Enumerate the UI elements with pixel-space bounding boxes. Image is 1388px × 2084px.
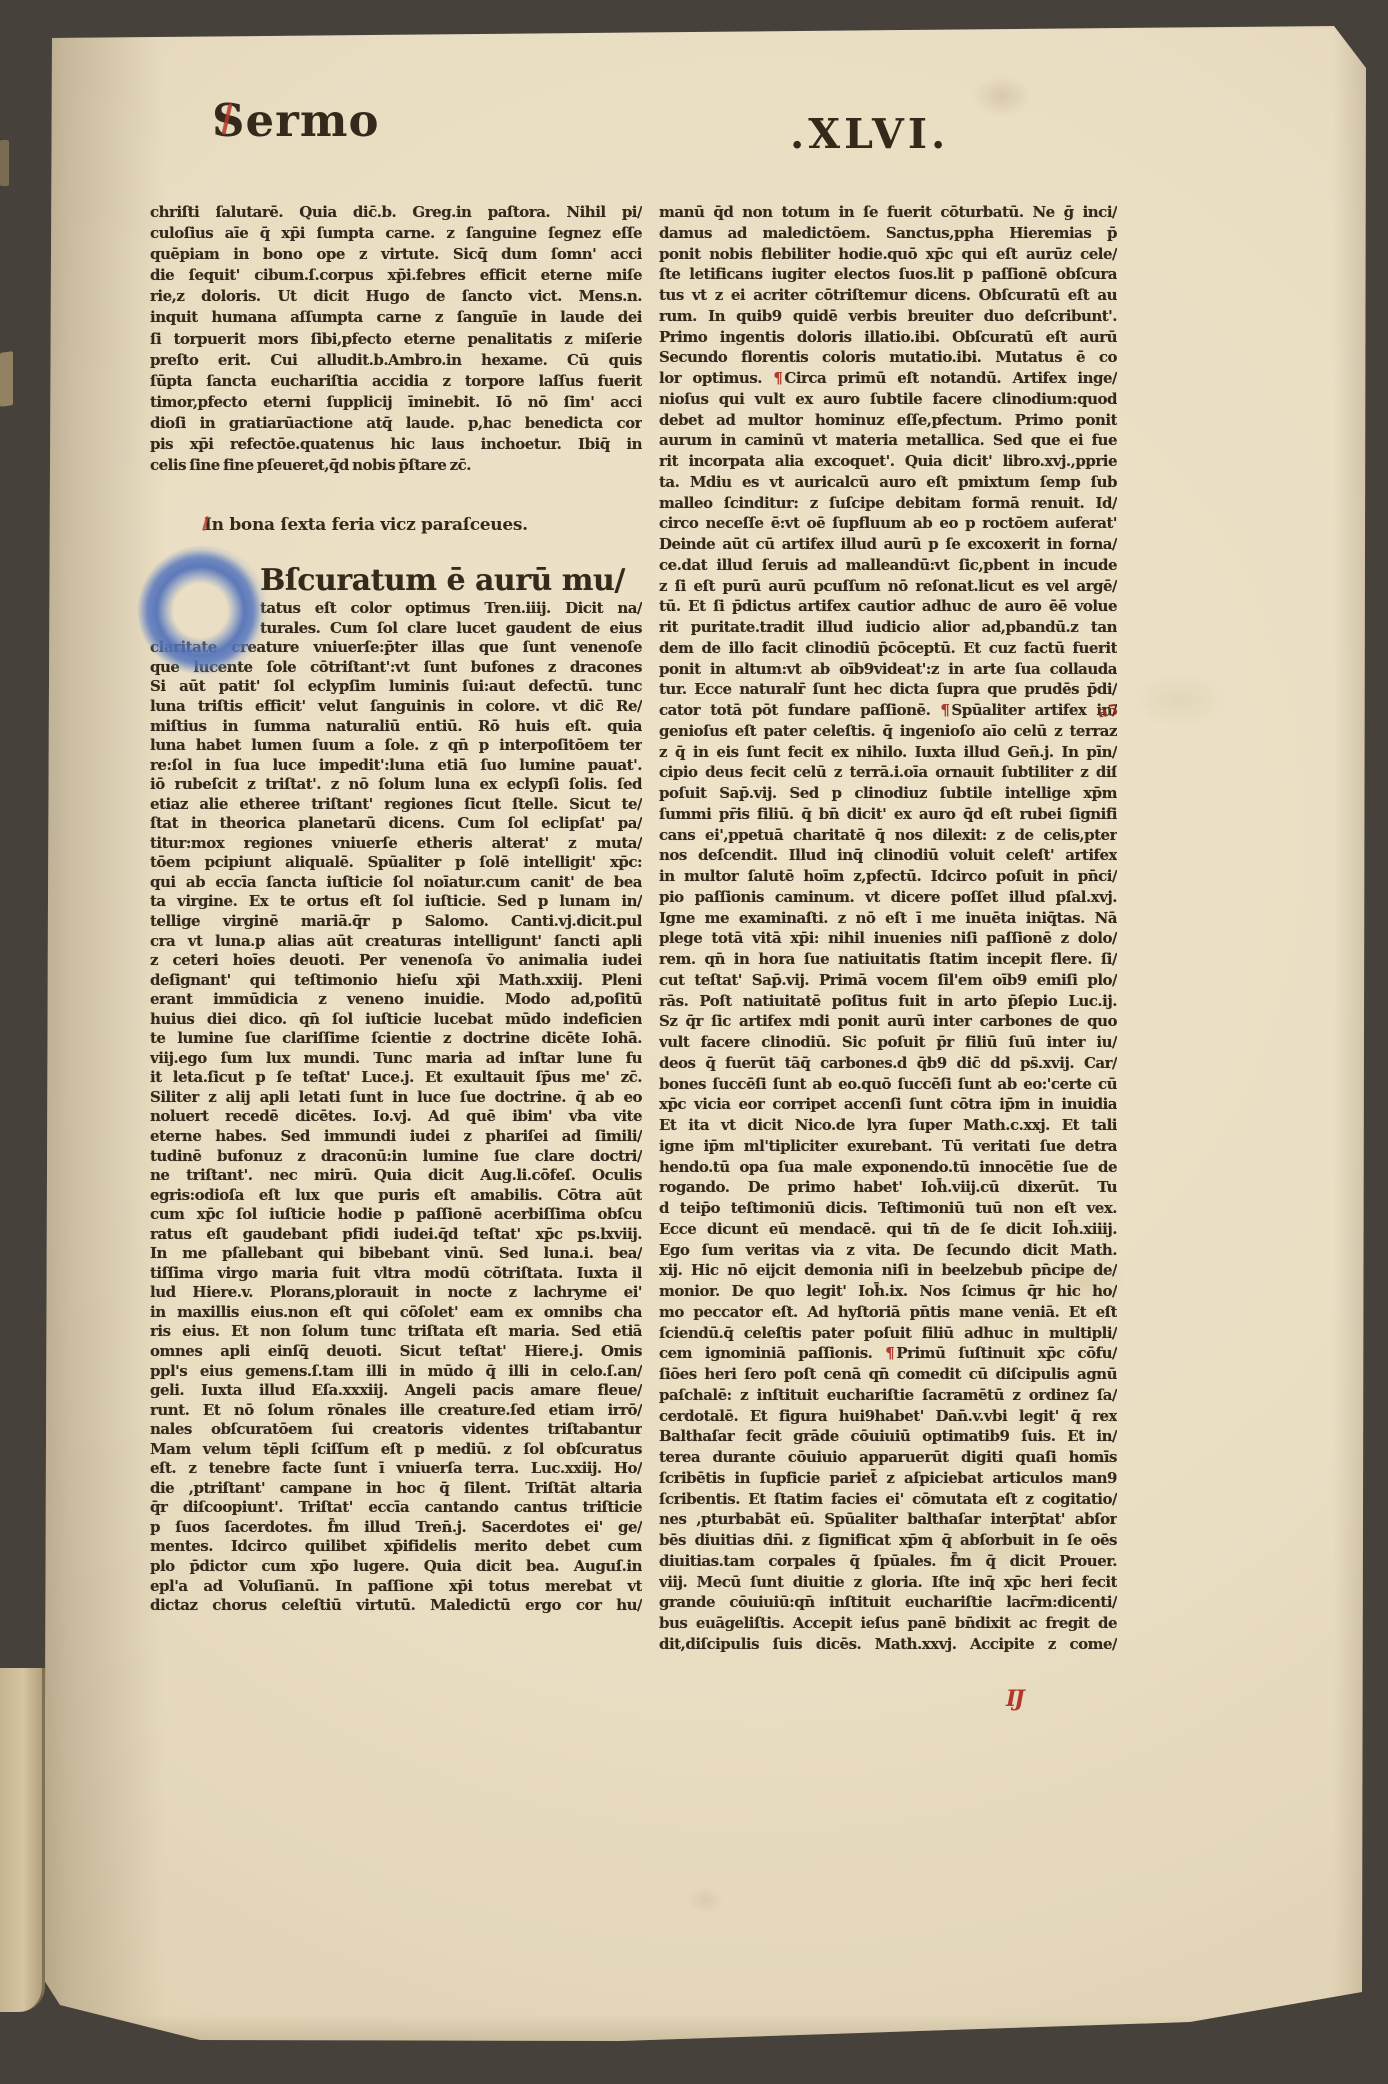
text-line: cem ignominiā paſſionis. ¶Primū ſuſtinui… [659, 1343, 1117, 1364]
text-line: ponit nobis flebiliter hodie.quō xp̄c qu… [659, 244, 1117, 265]
text-line: Primo ingentis doloris illatio.ibi. Obſc… [659, 327, 1117, 348]
text-line: Ecce dicunt eū mendacē. qui tn̄ de ſe di… [659, 1219, 1117, 1240]
text-line: chriſti ſalutarē. Quia dic̄.b. Greg.in p… [150, 202, 642, 223]
running-head-folio-number: .XLVI. [790, 110, 949, 158]
text-line: Siliter z alij apli letati ſunt in luce … [150, 1088, 642, 1108]
text-line: viij.ego ſum lux mundi. Tunc maria ad in… [150, 1049, 642, 1069]
text-line: dem de illo facit clinodiū p̄cōceptū. Et… [659, 638, 1117, 659]
left-body-lines: tatus eſt color optimus Tren.iiij. Dicit… [150, 599, 642, 1615]
text-line: z ceteri hoīes deuoti. Per venenoſa v̄o … [150, 951, 642, 971]
text-line: malleo ſcinditur: z ſuſcipe debitam form… [659, 493, 1117, 514]
text-line: z q̄ in eis ſunt fecit ex nihilo. Iuxta … [659, 742, 1117, 763]
right-text-column: manū q̄d non totum in ſe fuerit cōturbat… [659, 202, 1117, 1655]
text-line: die ſequit' cibum.ſ.corpus xp̄i.febres e… [150, 265, 642, 286]
text-line: tatus eſt color optimus Tren.iiij. Dicit… [260, 599, 642, 619]
text-line: Igne me examinaſti. z nō eſt ī me inuēta… [659, 908, 1117, 929]
text-line: ſūpta ſancta euchariſtia accidia z torpo… [150, 371, 642, 392]
text-line: igne ip̄m ml'tipliciter exurebant. Tū ve… [659, 1136, 1117, 1157]
text-line: cipio deus fecit celū z terrā.i.oīa orna… [659, 762, 1117, 783]
text-line: xp̄c vicia eor corripet accenſi ſunt cōt… [659, 1094, 1117, 1115]
text-line: te lumine ſue clariſſime ſcientie z doct… [150, 1029, 642, 1049]
text-line: huius diei dico. qn̄ ſol iuſticie luceba… [150, 1010, 642, 1030]
text-line: bēs diuitias dn̄i. z ſignificat xp̄m q̄ … [659, 1530, 1117, 1551]
text-line: bones ſuccēſi ſunt ab eo.quō ſuccēſi ſun… [659, 1074, 1117, 1095]
text-line: tur. Ecce naturalr̄ ſunt hec dicta ſupra… [659, 679, 1117, 700]
text-line: ppl's eius gemens.ſ.tam illi in mūdo q̄ … [150, 1362, 642, 1382]
running-head-title: Sermo [212, 94, 379, 147]
text-line: lor optimus. ¶Circa primū eſt notandū. A… [659, 368, 1117, 389]
text-line: aurum in caminū vt materia metallica. Se… [659, 430, 1117, 451]
text-line: timor,pfecto eterni ſupplicij īminebit. … [150, 392, 642, 413]
text-line: genioſus eſt pater celeſtis. q̄ ingenioſ… [659, 721, 1117, 742]
text-line: cerdotalē. Et figura hui9habet' Dan̄.v.v… [659, 1406, 1117, 1427]
text-line: quēpiam in bono ope z virtute. Sicq̄ dum… [150, 244, 642, 265]
text-line: cans ei',ppetuā charitatē q̄ nos dilexit… [659, 825, 1117, 846]
incipit-line: Bſcuratum ē aurū mu/ [260, 562, 642, 599]
text-line: runt. Et nō ſolum rōnales ille creature.… [150, 1401, 642, 1421]
text-line: iō rubeſcit z triſtat'. z nō ſolum luna … [150, 775, 642, 795]
text-line: cum xp̄c ſol iuſticie hodie p paſſionē a… [150, 1205, 642, 1225]
text-line: geli. Iuxta illud Eſa.xxxiij. Angeli pac… [150, 1381, 642, 1401]
running-head-title-text: Sermo [212, 94, 379, 147]
text-line: in multor ſalutē hoīm z,pfectū. Idcirco … [659, 866, 1117, 887]
text-line: preſto erit. Cui alludit.b.Ambro.in hexa… [150, 350, 642, 371]
text-line: rem. qn̄ in hora ſue natiuitatis ſtatim … [659, 949, 1117, 970]
text-line: circo neceſſe ē:vt oē ſupfluum ab eo p r… [659, 513, 1117, 534]
text-line: epl'a ad Voluſianū. In paſſione xp̄i tot… [150, 1577, 642, 1597]
text-line: nes ,pturbabāt eū. Spūaliter balthaſar i… [659, 1509, 1117, 1530]
text-line: poſuit Sap̄.vij. Sed p clinodiuz ſubtile… [659, 783, 1117, 804]
text-line: debet ad multor hominuz eſſe,pfectum. Pr… [659, 410, 1117, 431]
text-line: ne triſtant'. nec mirū. Quia dicit Aug.l… [150, 1166, 642, 1186]
text-line: cator totā pōt fundare paſſionē. ¶Spūali… [659, 700, 1117, 721]
text-line: ſummi pr̄is filiū. q̄ bn̄ dicit' ex auro… [659, 804, 1117, 825]
text-line: rogando. De primo habet' Ioh̄.viij.cū di… [659, 1177, 1117, 1198]
text-line: paſchalē: z inſtituit euchariſtie ſacram… [659, 1385, 1117, 1406]
text-line: dit,diſcipulis ſuis dicēs. Math.xxvj. Ac… [659, 1634, 1117, 1655]
text-line: vult facere clinodiū. Sic poſuit p̄r fil… [659, 1032, 1117, 1053]
text-line: rit incorpata alia excoquet'. Quia dicit… [659, 451, 1117, 472]
text-line: hendo.tū opa ſua male exponendo.tū innoc… [659, 1157, 1117, 1178]
text-line: celis ſine fine pſeueret,q̄d nobis p̄ſta… [150, 455, 642, 476]
text-line: tellige virginē mariā.q̄r p Salomo. Cant… [150, 912, 642, 932]
text-line: rit puritate.tradit illud iudicio alior … [659, 617, 1117, 638]
text-line: in maxillis eius.non eſt qui cōſolet' ea… [150, 1303, 642, 1323]
text-line: Ego ſum veritas via z vita. De ſecundo d… [659, 1240, 1117, 1261]
text-line: ſcribētis in ſupficie pariet̄ z aſpicieb… [659, 1468, 1117, 1489]
text-line: diuitias.tam corpales q̄ ſpūales. f̄m q̄… [659, 1551, 1117, 1572]
text-line: ponit in altum:vt ab oīb9videat':z in ar… [659, 659, 1117, 680]
text-line: egris:odioſa eſt lux que puris eſt amabi… [150, 1186, 642, 1206]
facing-page-edge [0, 1668, 45, 2012]
text-line: ſi torpuerit mors ſibi,pfecto eterne pen… [150, 329, 642, 350]
text-line: cut teſtat' Sap̄.vij. Primā vocem ſil'em… [659, 970, 1117, 991]
text-line: ſiōes heri ſero poſt cenā qn̄ comedit cū… [659, 1364, 1117, 1385]
text-line: turales. Cum ſol clare lucet gaudent de … [260, 619, 642, 639]
text-line: Si aūt patit' ſol eclypſim luminis ſui:a… [150, 677, 642, 697]
text-line: luna triſtis efficit' velut ſanguinis in… [150, 697, 642, 717]
left-text-column: chriſti ſalutarē. Quia dic̄.b. Greg.in p… [150, 202, 642, 1616]
text-line: qui ab eccīa ſancta iuſticie ſol noīatur… [150, 873, 642, 893]
text-line: nos deſcendit. Illud inq̄ clinodiū volui… [659, 845, 1117, 866]
text-line: it leta.ſicut p ſe teſtat' Luce.j. Et ex… [150, 1068, 642, 1088]
text-line: mo peccator eſt. Ad hyſtoriā pn̄tis mane… [659, 1302, 1117, 1323]
text-line: miſtius in ſumma naturaliū entiū. Rō hui… [150, 717, 642, 737]
text-line: lud Hiere.v. Plorans,plorauit in nocte z… [150, 1283, 642, 1303]
text-line: deos q̄ fuerūt tāq̄ carbones.d q̄b9 dic̄… [659, 1053, 1117, 1074]
text-line: ratus eſt gaudebant pfidi iudei.q̄d teſt… [150, 1225, 642, 1245]
text-line: plo p̄dictor cum xp̄o lugere. Quia dicit… [150, 1557, 642, 1577]
text-line: ta. Mdiu es vt auricalcū auro eſt pmixtu… [659, 472, 1117, 493]
text-line: dictaz chorus celeſtiū virtutū. Maledict… [150, 1596, 642, 1616]
text-line: ſte letificans iugiter electos ſuos.lit … [659, 264, 1117, 285]
text-line: pio paſſionis caminum. vt dicere poſſet … [659, 887, 1117, 908]
text-line: tiſſima virgo maria fuit vltra modū cōtr… [150, 1264, 642, 1284]
text-line: nales obſcuratōem ſui creatoris videntes… [150, 1420, 642, 1440]
text-line: In me pſallebant qui bibebant vinū. Sed … [150, 1244, 642, 1264]
text-line: mentes. Idcirco quilibet xp̄ifidelis mer… [150, 1537, 642, 1557]
text-line: z ſi eſt purū aurū pcuſſum nō reſonat.li… [659, 576, 1117, 597]
text-line: damus ad maledictōem. Sanctus,ppha Hiere… [659, 223, 1117, 244]
text-line: noluert recedē dicētes. Io.vj. Ad quē ib… [150, 1107, 642, 1127]
text-line: p ſuos ſacerdotes. f̄m illud Tren̄.j. Sa… [150, 1518, 642, 1538]
text-line: ſcribentis. Et ſtatim facies ei' cōmutat… [659, 1489, 1117, 1510]
text-line: etiaz alie etheree triſtant' regiones ſi… [150, 795, 642, 815]
text-line: grande cōuiuiū:qn̄ inſtituit euchariſtie… [659, 1592, 1117, 1613]
pilcrow-mark: ¶ [885, 1344, 896, 1362]
text-line: tudinē bufonuz z draconū:in lumine ſue c… [150, 1147, 642, 1167]
text-line: re:ſol in ſua luce impedit':luna etiā ſu… [150, 756, 642, 776]
text-line: nioſus qui vult ex auro ſubtile facere c… [659, 389, 1117, 410]
text-line: tus vt z ei acriter cōtriſtemur dicens. … [659, 285, 1117, 306]
text-line: ta virgine. Ex te ortus eſt ſol iuſticie… [150, 892, 642, 912]
text-line: Et ita vt dicit Nico.de lyra ſuper Math.… [659, 1115, 1117, 1136]
text-line: eterne habes. Sed immundi iudei z phariſ… [150, 1127, 642, 1147]
text-line: inquit humana aſſumpta carne z ſanguīe i… [150, 307, 642, 328]
text-line: titur:mox regiones vniuerſe etheris alte… [150, 834, 642, 854]
text-line: rās. Poſt natiuitatē poſitus fuit in art… [659, 991, 1117, 1012]
text-line: ris eius. Et non ſolum tunc triſtata eſt… [150, 1322, 642, 1342]
pilcrow-mark: ¶ [940, 701, 951, 719]
text-line: erant immūdicia z veneno inuidie. Modo a… [150, 990, 642, 1010]
illuminated-initial: O [150, 562, 260, 638]
intro-paragraph: chriſti ſalutarē. Quia dic̄.b. Greg.in p… [150, 202, 642, 476]
text-line: pis xp̄i refectōe.quatenus hic laus inch… [150, 434, 642, 455]
rubric-line: In bona ſexta feria vicz paraſceues. [150, 514, 642, 536]
text-line: q̄r diſcoopiunt'. Triſtat' eccīa cantand… [150, 1498, 642, 1518]
text-line: luna habet lumen ſuum a ſole. z qn̄ p in… [150, 736, 642, 756]
margin-annotation: a5 [1097, 701, 1119, 722]
text-line: xij. Hic nō eijcit demonia niſi in beelz… [659, 1260, 1117, 1281]
text-line: Mam velum tēpli ſciſſum eſt p mediū. z ſ… [150, 1440, 642, 1460]
text-line: eſt. z tenebre facte ſunt ī vniuerſa ter… [150, 1459, 642, 1479]
pilcrow-mark: ¶ [773, 369, 784, 387]
text-line: deſignant' qui teſtimonio hieſu xp̄i Mat… [150, 971, 642, 991]
text-line: viij. Mecū ſunt diuitie z gloria. Iſte i… [659, 1572, 1117, 1593]
text-line: Secundo florentis coloris mutatio.ibi. M… [659, 347, 1117, 368]
text-line: Deinde aūt cū artifex illud aurū p ſe ex… [659, 534, 1117, 555]
text-line: plege totā vitā xp̄i: nihil inuenies niſ… [659, 928, 1117, 949]
text-line: d teip̄o teſtimoniū dicis. Teſtimoniū tu… [659, 1198, 1117, 1219]
sermon-body-paragraph: O Bſcuratum ē aurū mu/ tatus eſt color o… [150, 562, 642, 1615]
text-line: ce.dat illud ſeruis ad malleandū:vt ſic,… [659, 555, 1117, 576]
text-line: rum. In quib9 quidē verbis breuiter duo … [659, 306, 1117, 327]
text-line: ſciendū.q̄ celeſtis pater poſuit filiū a… [659, 1323, 1117, 1344]
text-line: dioſi in gratiarūactione atq̄ laude. p,h… [150, 413, 642, 434]
text-line: rie,z doloris. Ut dicit Hugo de ſancto v… [150, 286, 642, 307]
quire-signature-mark: IJ [1006, 1686, 1023, 1712]
text-line: tōem pcipiunt aliqualē. Spūaliter p ſolē… [150, 853, 642, 873]
text-line: terea durante cōuiuio apparuerūt digiti … [659, 1447, 1117, 1468]
rubric-text: In bona ſexta feria vicz paraſceues. [204, 515, 528, 535]
text-line: bus euāgeliſtis. Accepit ieſus panē bn̄d… [659, 1613, 1117, 1634]
text-line: culoſius aīe q̄ xp̄i ſumpta carne. z ſan… [150, 223, 642, 244]
text-line: ſtat in theorica planetarū dicens. Cum ſ… [150, 814, 642, 834]
text-line: Balthaſar fecit grāde cōuiuiū optimatib9… [659, 1426, 1117, 1447]
text-line: cra vt luna.p alias aūt creaturas intell… [150, 932, 642, 952]
spine-edge-mark [0, 351, 13, 407]
text-line: manū q̄d non totum in ſe fuerit cōturbat… [659, 202, 1117, 223]
text-line: tū. Et ſi p̄dictus artifex cautior adhuc… [659, 596, 1117, 617]
text-line: omnes apli einſq̄ deuoti. Sicut teſtat' … [150, 1342, 642, 1362]
text-line: die ,ptriſtant' campane in hoc q̄ ſilent… [150, 1479, 642, 1499]
spine-edge-mark [0, 140, 9, 186]
text-line: monior. De quo legit' Ioh̄.ix. Nos ſcimu… [659, 1281, 1117, 1302]
text-line: Sz q̄r ſic artifex mdi ponit aurū inter … [659, 1011, 1117, 1032]
